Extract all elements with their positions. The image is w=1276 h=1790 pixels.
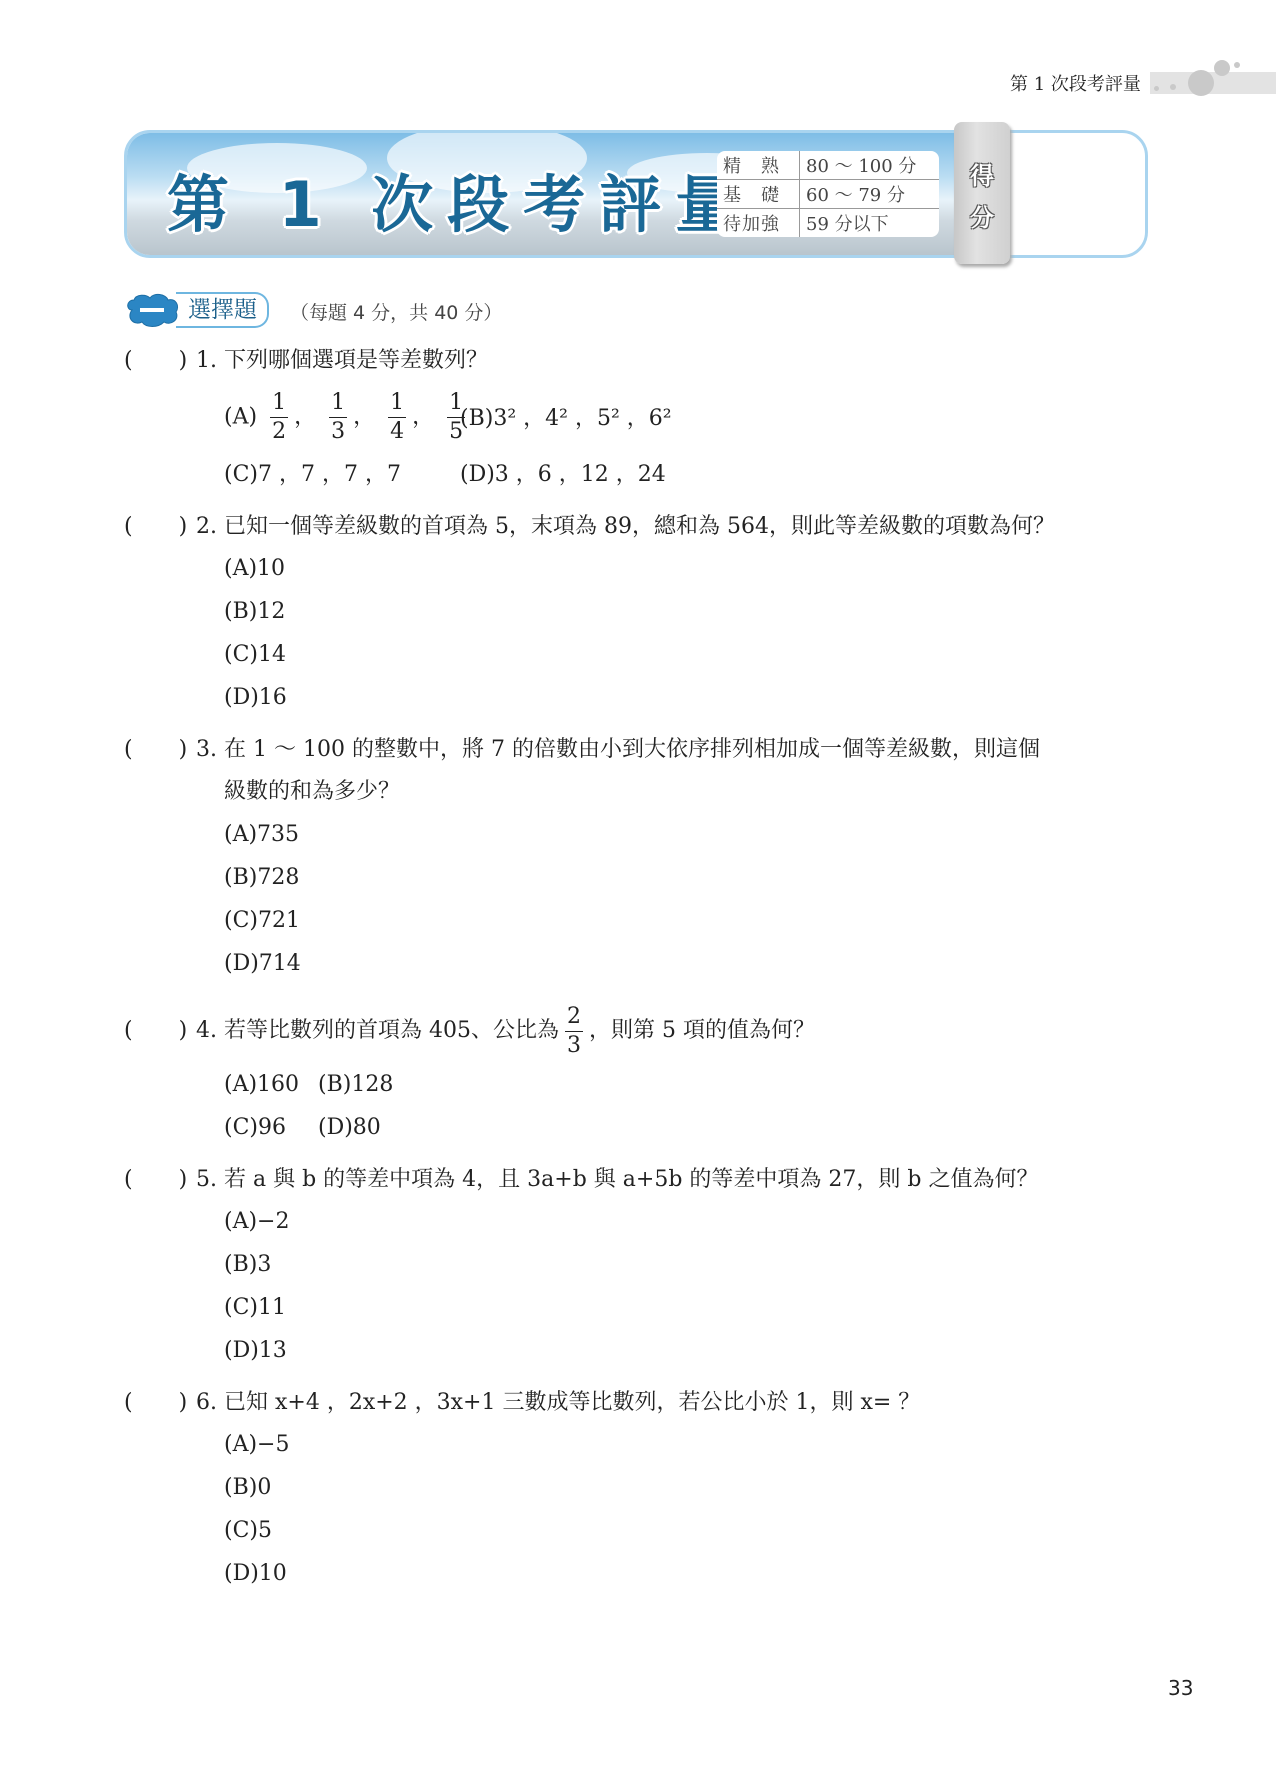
exam-title: 第 1 次段考評量 (167, 155, 751, 244)
option-c: (C)14 (224, 640, 286, 670)
option-a: (A) 12， 13， 14， 15 (224, 392, 471, 443)
option-a: (A)10 (224, 554, 285, 584)
answer-blank[interactable]: () (124, 735, 187, 765)
grade-range: 59 分以下 (800, 209, 940, 238)
score-label-char: 分 (954, 198, 1010, 233)
score-input-area[interactable] (1012, 140, 1140, 252)
option-b: (B)0 (224, 1473, 271, 1503)
question-number: 3. (196, 735, 217, 765)
question-number: 5. (196, 1165, 217, 1195)
option-c: (C)5 (224, 1516, 272, 1546)
option-b: (B)3 (224, 1250, 271, 1280)
answer-blank[interactable]: () (124, 346, 187, 376)
answer-blank[interactable]: () (124, 1016, 187, 1046)
score-tab: 得 分 (954, 122, 1010, 264)
section-scoring-note: （每題 4 分，共 40 分） (290, 298, 502, 325)
question-number: 6. (196, 1388, 217, 1418)
running-header-title: 第 1 次段考評量 (1010, 70, 1141, 96)
option-d: (D)714 (224, 949, 301, 979)
option-a: (A)735 (224, 820, 299, 850)
decor-dot (1214, 60, 1230, 76)
answer-blank[interactable]: () (124, 512, 187, 542)
header-decor-bar (1150, 72, 1276, 94)
grading-row: 待加強 59 分以下 (717, 209, 939, 238)
page-number: 33 (1168, 1676, 1193, 1700)
option-a: (A)−2 (224, 1207, 289, 1237)
option-b: (B)12 (224, 597, 285, 627)
option-d: (D)13 (224, 1336, 287, 1366)
option-a: (A)−5 (224, 1430, 289, 1460)
question-number: 1. (196, 346, 217, 376)
question-text: 若等比數列的首項為 405、公比為23，則第 5 項的值為何？ (224, 1000, 815, 1062)
grade-range: 80 ～ 100 分 (800, 151, 940, 180)
option-a: (A)160 (224, 1070, 299, 1100)
grading-row: 精 熟 80 ～ 100 分 (717, 151, 939, 180)
decor-dot (1170, 84, 1176, 90)
option-d: (D)80 (318, 1113, 381, 1143)
option-c: (C)7 ，7 ，7 ，7 (224, 460, 401, 490)
answer-blank[interactable]: () (124, 1388, 187, 1418)
option-b: (B)728 (224, 863, 299, 893)
option-d: (D)10 (224, 1559, 287, 1589)
decor-dot (1154, 86, 1159, 91)
option-c: (C)721 (224, 906, 300, 936)
question-text: 在 1 ～ 100 的整數中，將 7 的倍數由小到大依序排列相加成一個等差級數，… (224, 735, 1040, 765)
grade-level: 精 熟 (717, 151, 800, 180)
answer-blank[interactable]: () (124, 1165, 187, 1195)
option-c: (C)11 (224, 1293, 286, 1323)
grading-table: 精 熟 80 ～ 100 分 基 礎 60 ～ 79 分 待加強 59 分以下 (717, 151, 939, 237)
question-text: 已知 x+4 ，2x+2 ，3x+1 三數成等比數列，若公比小於 1，則 x= … (224, 1388, 920, 1418)
question-number: 4. (196, 1016, 217, 1046)
grade-level: 待加強 (717, 209, 800, 238)
score-label-char: 得 (954, 156, 1010, 191)
question-text: 若 a 與 b 的等差中項為 4，且 3a+b 與 a+5b 的等差中項為 27… (224, 1165, 1038, 1195)
decor-dot (1234, 62, 1240, 68)
question-text: 下列哪個選項是等差數列？ (224, 346, 488, 376)
option-d: (D)3 ，6 ，12 ，24 (460, 460, 666, 490)
option-b: (B)128 (318, 1070, 393, 1100)
question-text: 已知一個等差級數的首項為 5，末項為 89，總和為 564，則此等差級數的項數為… (224, 512, 1055, 542)
grade-level: 基 礎 (717, 180, 800, 209)
grading-row: 基 礎 60 ～ 79 分 (717, 180, 939, 209)
option-c: (C)96 (224, 1113, 286, 1143)
question-number: 2. (196, 512, 217, 542)
option-b: (B)3² ，4² ，5² ，6² (460, 404, 672, 434)
grade-range: 60 ～ 79 分 (800, 180, 940, 209)
option-d: (D)16 (224, 683, 287, 713)
decor-dot (1188, 70, 1214, 96)
cloud-badge-icon (124, 292, 180, 328)
section-title: 選擇題 (176, 292, 269, 328)
question-text-line2: 級數的和為多少？ (224, 777, 400, 807)
